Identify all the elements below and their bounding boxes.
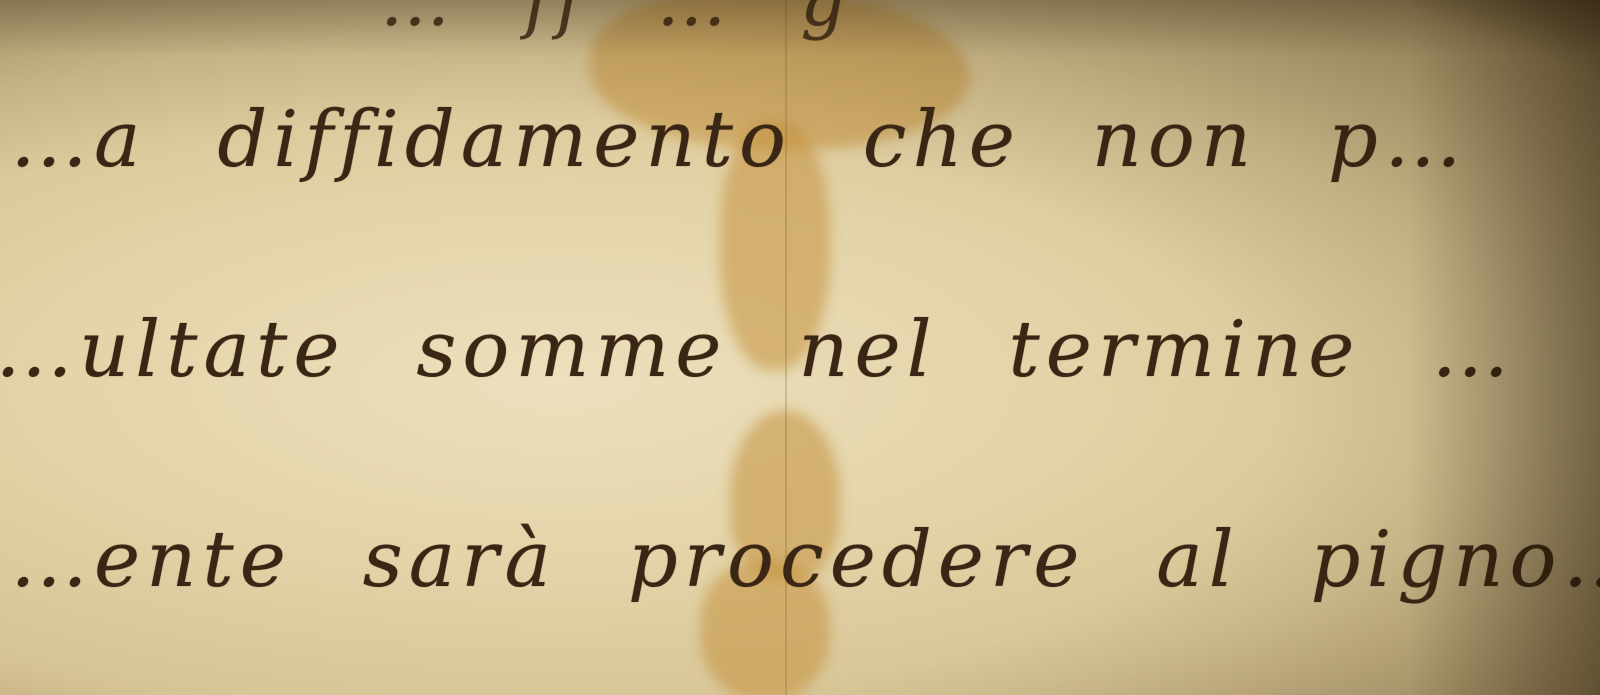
handwritten-line-2: …ultate somme nel termine …	[0, 305, 1555, 395]
word: …a	[10, 95, 147, 185]
word: sarà	[363, 515, 557, 605]
word: procedere	[628, 515, 1086, 605]
manuscript-page: … ff … g …a diffidamento che non p… …ult…	[0, 0, 1600, 695]
word: somme	[416, 305, 727, 395]
handwritten-line-1: …a diffidamento che non p…	[10, 95, 1508, 185]
word: termine	[1008, 305, 1360, 395]
word: non	[1092, 95, 1257, 185]
handwritten-line-top-partial: … ff … g	[380, 0, 891, 42]
word: …	[656, 0, 732, 42]
word: p…	[1328, 95, 1468, 185]
word: g	[801, 0, 852, 42]
word: …ente	[10, 515, 292, 605]
word: pigno…	[1310, 515, 1600, 605]
word: ff	[524, 0, 588, 42]
word: nel	[798, 305, 937, 395]
word: …	[1431, 305, 1515, 395]
word: …ultate	[0, 305, 346, 395]
word: che	[863, 95, 1021, 185]
word: diffidamento	[217, 95, 792, 185]
word: al	[1156, 515, 1239, 605]
word: …	[380, 0, 456, 42]
handwritten-line-3: …ente sarà procedere al pigno…	[10, 515, 1600, 605]
